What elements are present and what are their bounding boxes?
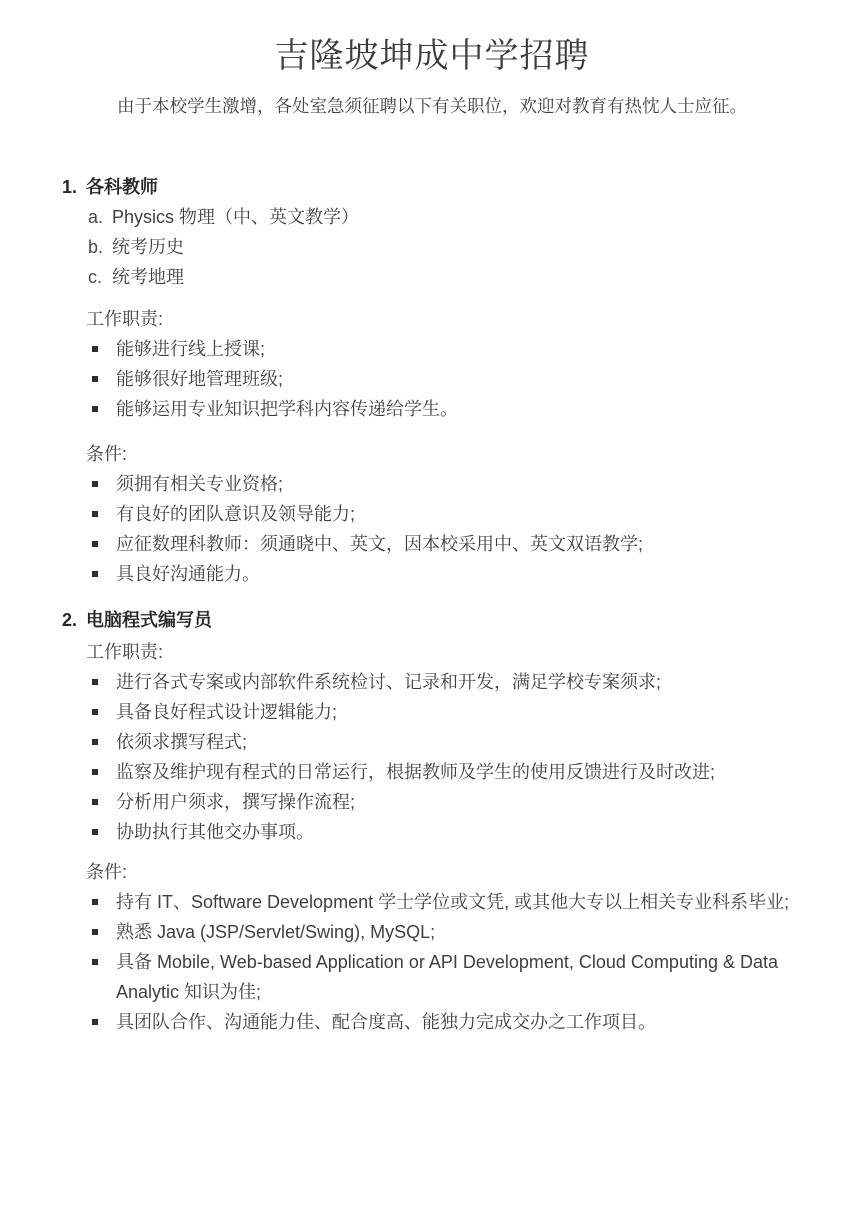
section-programmer: 2. 电脑程式编写员 工作职责: 进行各式专案或内部软件系统检讨、记录和开发，满… — [62, 605, 802, 1037]
bullet-icon — [86, 1007, 116, 1037]
bullet-icon — [86, 697, 116, 727]
position-text: 统考历史 — [112, 232, 184, 262]
position-text: Physics 物理（中、英文教学） — [112, 202, 359, 232]
requirement-text: 须拥有相关专业资格; — [116, 469, 802, 499]
section-teachers: 1. 各科教师 a. Physics 物理（中、英文教学） b. 统考历史 c.… — [62, 172, 802, 589]
duty-item: 能够很好地管理班级; — [86, 364, 802, 394]
duty-item: 具备良好程式设计逻辑能力; — [86, 697, 802, 727]
duty-item: 能够进行线上授课; — [86, 334, 802, 364]
requirement-text: 有良好的团队意识及领导能力; — [116, 499, 802, 529]
bullet-icon — [86, 787, 116, 817]
duty-item: 分析用户须求，撰写操作流程; — [86, 787, 802, 817]
bullet-icon — [86, 917, 116, 947]
section-title: 各科教师 — [86, 172, 158, 202]
duty-text: 能够很好地管理班级; — [116, 364, 802, 394]
section-title: 电脑程式编写员 — [86, 605, 212, 635]
list-letter: b. — [86, 232, 112, 262]
requirement-text: 持有 IT、Software Development 学士学位或文凭, 或其他大… — [116, 887, 802, 917]
bullet-icon — [86, 364, 116, 394]
requirement-text: 具团队合作、沟通能力佳、配合度高、能独力完成交办之工作项目。 — [116, 1007, 802, 1037]
duties-label: 工作职责: — [86, 304, 802, 334]
section-heading: 2. 电脑程式编写员 — [62, 605, 802, 635]
requirement-item: 应征数理科教师：须通晓中、英文，因本校采用中、英文双语教学; — [86, 529, 802, 559]
bullet-icon — [86, 887, 116, 917]
duty-item: 进行各式专案或内部软件系统检讨、记录和开发，满足学校专案须求; — [86, 667, 802, 697]
section-body: a. Physics 物理（中、英文教学） b. 统考历史 c. 统考地理 工作… — [86, 202, 802, 589]
requirement-item: 熟悉 Java (JSP/Servlet/Swing), MySQL; — [86, 917, 802, 947]
list-letter: c. — [86, 262, 112, 292]
section-heading: 1. 各科教师 — [62, 172, 802, 202]
requirement-item: 具备 Mobile, Web-based Application or API … — [86, 947, 802, 1007]
requirement-item: 有良好的团队意识及领导能力; — [86, 499, 802, 529]
duty-text: 依须求撰写程式; — [116, 727, 802, 757]
section-number: 1. — [62, 172, 86, 202]
bullet-icon — [86, 667, 116, 697]
requirement-text: 具良好沟通能力。 — [116, 559, 802, 589]
duty-item: 能够运用专业知识把学科内容传递给学生。 — [86, 394, 802, 424]
position-item: a. Physics 物理（中、英文教学） — [86, 202, 802, 232]
requirement-text: 熟悉 Java (JSP/Servlet/Swing), MySQL; — [116, 917, 802, 947]
position-text: 统考地理 — [112, 262, 184, 292]
duty-item: 监察及维护现有程式的日常运行，根据教师及学生的使用反馈进行及时改进; — [86, 757, 802, 787]
doc-intro: 由于本校学生激增，各处室急须征聘以下有关职位，欢迎对教育有热忱人士应征。 — [62, 94, 802, 118]
position-item: c. 统考地理 — [86, 262, 802, 292]
duty-item: 协助执行其他交办事项。 — [86, 817, 802, 847]
bullet-icon — [86, 394, 116, 424]
bullet-icon — [86, 469, 116, 499]
duty-text: 能够进行线上授课; — [116, 334, 802, 364]
position-item: b. 统考历史 — [86, 232, 802, 262]
requirement-item: 持有 IT、Software Development 学士学位或文凭, 或其他大… — [86, 887, 802, 917]
requirement-item: 具良好沟通能力。 — [86, 559, 802, 589]
section-body: 工作职责: 进行各式专案或内部软件系统检讨、记录和开发，满足学校专案须求; 具备… — [86, 637, 802, 1037]
duties-label: 工作职责: — [86, 637, 802, 667]
requirement-item: 具团队合作、沟通能力佳、配合度高、能独力完成交办之工作项目。 — [86, 1007, 802, 1037]
requirement-item: 须拥有相关专业资格; — [86, 469, 802, 499]
bullet-icon — [86, 727, 116, 757]
requirements-label: 条件: — [86, 439, 802, 469]
requirement-text: 具备 Mobile, Web-based Application or API … — [116, 947, 802, 1007]
duty-text: 具备良好程式设计逻辑能力; — [116, 697, 802, 727]
bullet-icon — [86, 817, 116, 847]
section-number: 2. — [62, 605, 86, 635]
duty-text: 进行各式专案或内部软件系统检讨、记录和开发，满足学校专案须求; — [116, 667, 802, 697]
document-page: 吉隆坡坤成中学招聘 由于本校学生激增，各处室急须征聘以下有关职位，欢迎对教育有热… — [0, 0, 860, 1217]
bullet-icon — [86, 757, 116, 787]
duty-text: 协助执行其他交办事项。 — [116, 817, 802, 847]
bullet-icon — [86, 529, 116, 559]
bullet-icon — [86, 499, 116, 529]
bullet-icon — [86, 947, 116, 1007]
requirement-text: 应征数理科教师：须通晓中、英文，因本校采用中、英文双语教学; — [116, 529, 802, 559]
duty-item: 依须求撰写程式; — [86, 727, 802, 757]
duty-text: 能够运用专业知识把学科内容传递给学生。 — [116, 394, 802, 424]
duty-text: 监察及维护现有程式的日常运行，根据教师及学生的使用反馈进行及时改进; — [116, 757, 802, 787]
doc-title: 吉隆坡坤成中学招聘 — [62, 34, 802, 78]
bullet-icon — [86, 334, 116, 364]
list-letter: a. — [86, 202, 112, 232]
duty-text: 分析用户须求，撰写操作流程; — [116, 787, 802, 817]
requirements-label: 条件: — [86, 857, 802, 887]
bullet-icon — [86, 559, 116, 589]
